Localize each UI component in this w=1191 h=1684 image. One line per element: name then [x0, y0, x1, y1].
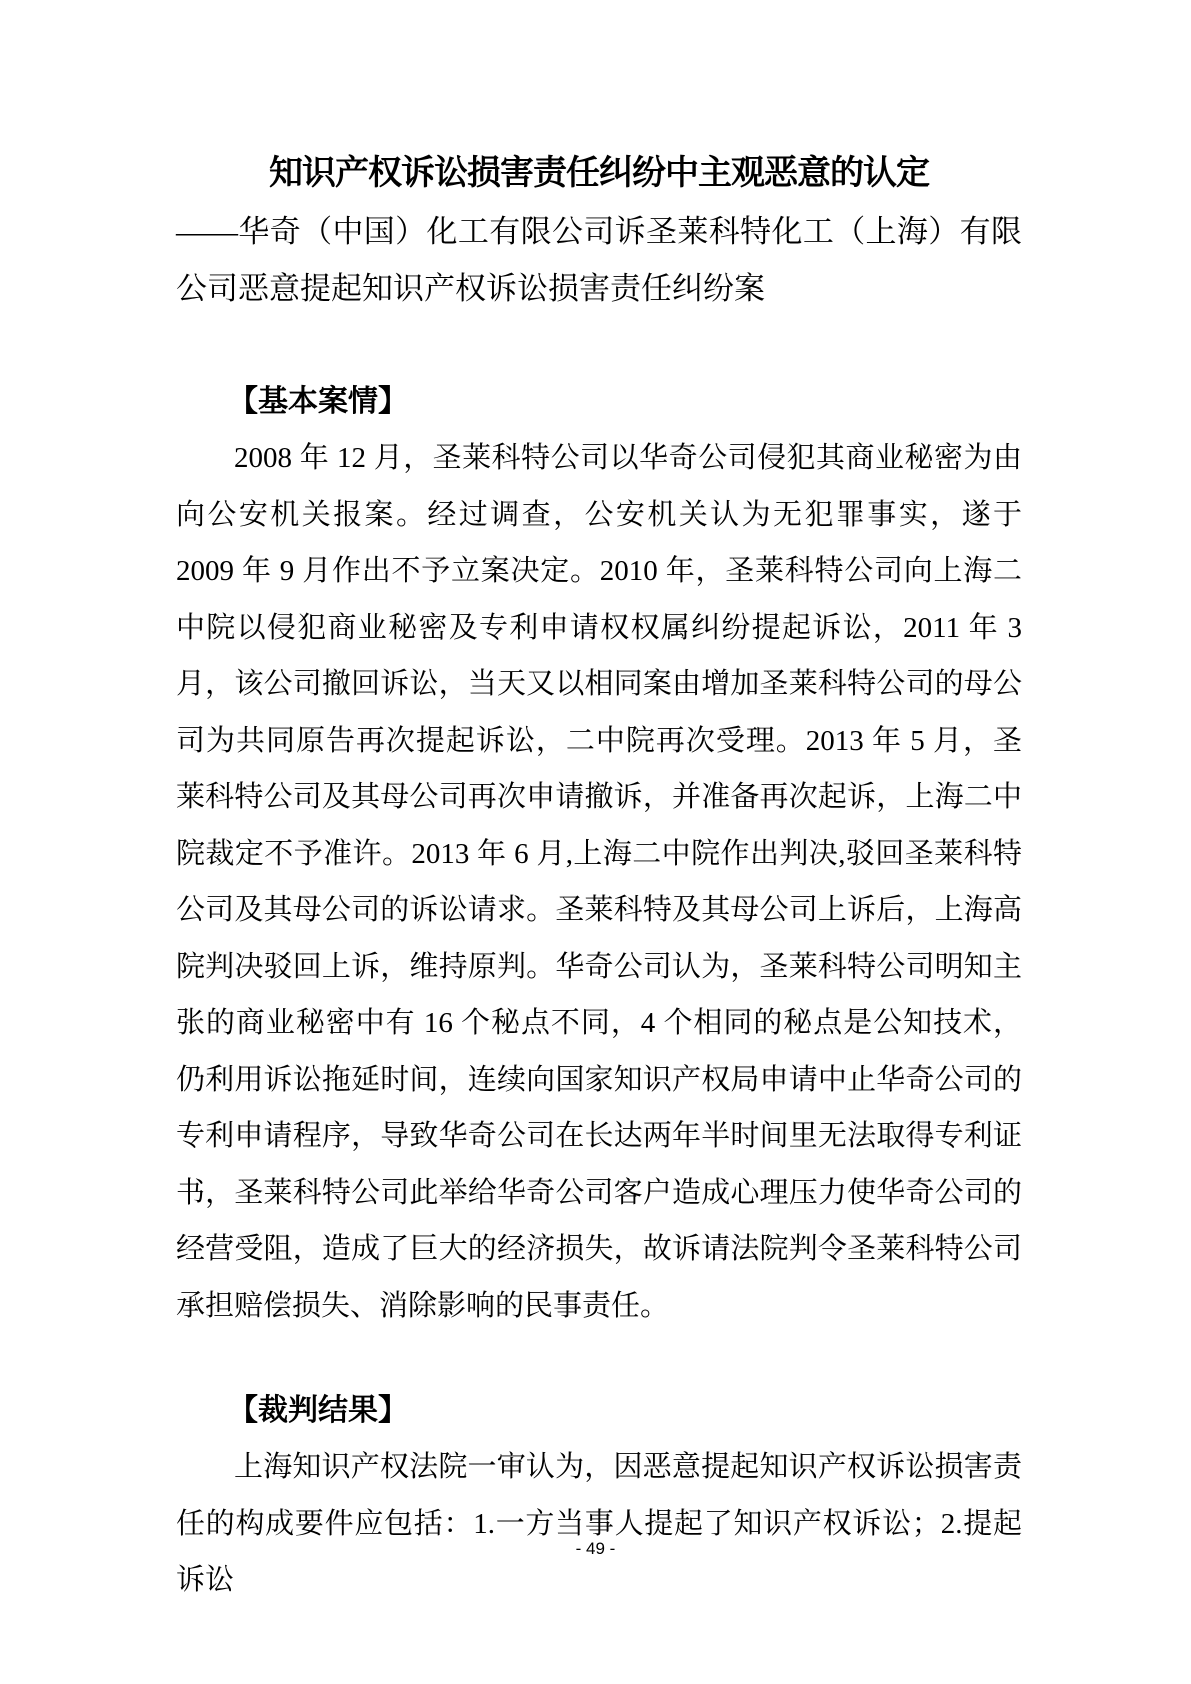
document-content: 知识产权诉讼损害责任纠纷中主观恶意的认定 ——华奇（中国）化工有限公司诉圣莱科特…	[176, 0, 1022, 1609]
section-heading-judgment-result: 【裁判结果】	[176, 1382, 1022, 1439]
section-heading-basic-facts: 【基本案情】	[176, 373, 1022, 430]
document-page: 知识产权诉讼损害责任纠纷中主观恶意的认定 ——华奇（中国）化工有限公司诉圣莱科特…	[0, 0, 1191, 1684]
document-subtitle: ——华奇（中国）化工有限公司诉圣莱科特化工（上海）有限公司恶意提起知识产权诉讼损…	[176, 203, 1022, 317]
paragraph-judgment-result: 上海知识产权法院一审认为，因恶意提起知识产权诉讼损害责任的构成要件应包括：1.一…	[176, 1439, 1022, 1609]
paragraph-basic-facts: 2008 年 12 月，圣莱科特公司以华奇公司侵犯其商业秘密为由向公安机关报案。…	[176, 430, 1022, 1334]
document-title: 知识产权诉讼损害责任纠纷中主观恶意的认定	[176, 145, 1022, 203]
page-number: - 49 -	[0, 1538, 1191, 1560]
